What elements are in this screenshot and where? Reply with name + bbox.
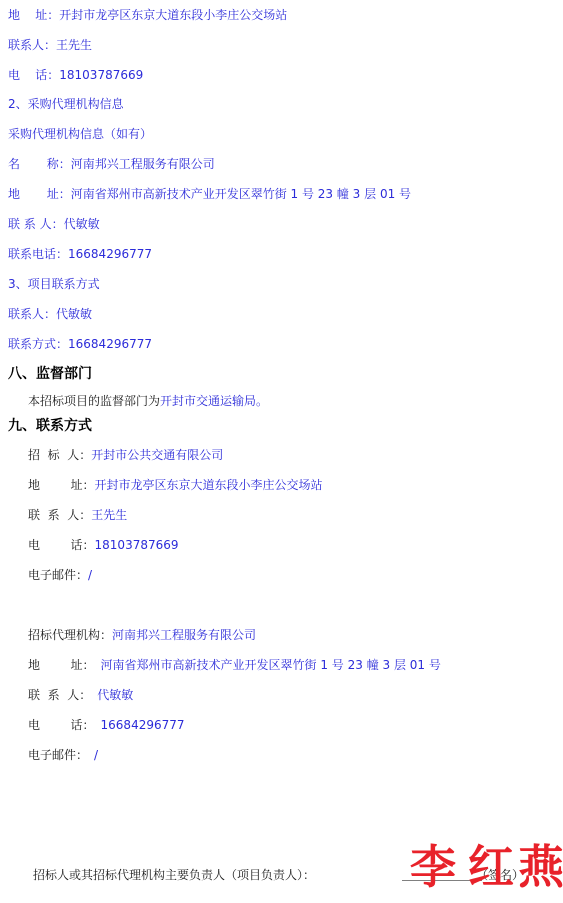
signature-stamp-char-3: 燕 (518, 842, 563, 892)
agency9-email-label: 电子邮件： (28, 748, 88, 762)
project-contact-value: 代敏敏 (56, 307, 92, 321)
agency-address-row: 地 址：河南省郑州市高新技术产业开发区翠竹街 1 号 23 幢 3 层 01 号 (8, 187, 411, 201)
agency9-name-label: 招标代理机构： (28, 628, 112, 642)
purchaser-phone-row: 电 话：18103787669 (8, 68, 143, 82)
section9-heading: 九、联系方式 (8, 418, 92, 434)
project-contact-method-row: 联系方式：16684296777 (8, 337, 152, 351)
signature-stamp-char-1: 李 (410, 842, 456, 892)
agency9-address-value: 河南省郑州市高新技术产业开发区翠竹街 1 号 23 幢 3 层 01 号 (101, 658, 441, 672)
agency-info-subheading: 采购代理机构信息（如有） (8, 127, 152, 141)
purchaser-phone-label: 电 话： (8, 68, 59, 82)
agency-address-value: 河南省郑州市高新技术产业开发区翠竹街 1 号 23 幢 3 层 01 号 (71, 187, 411, 201)
agency9-contact-value: 代敏敏 (97, 688, 133, 702)
project-contact-heading: 3、项目联系方式 (8, 277, 100, 291)
agency-phone-row: 联系电话：16684296777 (8, 247, 152, 261)
agency-contact-value: 代敏敏 (64, 217, 100, 231)
tenderer-email-value: / (88, 568, 92, 582)
section8-text-prefix: 本招标项目的监督部门为 (28, 394, 160, 408)
purchaser-address-value: 开封市龙亭区东京大道东段小李庄公交场站 (59, 8, 287, 22)
purchaser-address-row: 地 址：开封市龙亭区东京大道东段小李庄公交场站 (8, 8, 287, 22)
project-contact-method-value: 16684296777 (68, 337, 152, 351)
section8-text: 本招标项目的监督部门为开封市交通运输局。 (28, 394, 268, 408)
agency9-name-row: 招标代理机构：河南邦兴工程服务有限公司 (28, 628, 256, 642)
agency9-email-value: / (94, 748, 98, 762)
signature-stamp-char-2: 红 (468, 842, 514, 892)
agency-info-heading: 2、采购代理机构信息 (8, 97, 124, 111)
agency-name-row: 名 称：河南邦兴工程服务有限公司 (8, 157, 215, 171)
purchaser-address-label: 地 址： (8, 8, 59, 22)
tenderer-phone-row: 电 话：18103787669 (28, 538, 179, 552)
project-contact-method-label: 联系方式： (8, 337, 68, 351)
agency9-email-row: 电子邮件：/ (28, 748, 98, 762)
project-contact-label: 联系人： (8, 307, 56, 321)
tenderer-email-row: 电子邮件：/ (28, 568, 92, 582)
tenderer-address-value: 开封市龙亭区东京大道东段小李庄公交场站 (95, 478, 323, 492)
tenderer-name-label: 招 标 人： (28, 448, 91, 462)
tenderer-contact-row: 联 系 人：王先生 (28, 508, 127, 522)
agency9-name-value: 河南邦兴工程服务有限公司 (112, 628, 256, 642)
agency-contact-row: 联 系 人：代敏敏 (8, 217, 100, 231)
agency9-phone-row: 电 话：16684296777 (28, 718, 185, 732)
agency-name-label: 名 称： (8, 157, 71, 171)
tenderer-contact-value: 王先生 (91, 508, 127, 522)
agency-contact-label: 联 系 人： (8, 217, 64, 231)
tenderer-name-value: 开封市公共交通有限公司 (91, 448, 223, 462)
agency9-phone-value: 16684296777 (101, 718, 185, 732)
tenderer-address-label: 地 址： (28, 478, 95, 492)
purchaser-contact-label: 联系人： (8, 38, 56, 52)
agency-name-value: 河南邦兴工程服务有限公司 (71, 157, 215, 171)
tenderer-address-row: 地 址：开封市龙亭区东京大道东段小李庄公交场站 (28, 478, 323, 492)
section8-supervisor-value: 开封市交通运输局。 (160, 394, 268, 408)
section8-heading: 八、监督部门 (8, 366, 92, 382)
tenderer-contact-label: 联 系 人： (28, 508, 91, 522)
agency9-contact-label: 联 系 人： (28, 688, 91, 702)
agency-phone-value: 16684296777 (68, 247, 152, 261)
tenderer-phone-value: 18103787669 (95, 538, 179, 552)
purchaser-phone-value: 18103787669 (59, 68, 143, 82)
signature-label: 招标人或其招标代理机构主要负责人（项目负责人）： (33, 868, 315, 882)
agency9-contact-row: 联 系 人：代敏敏 (28, 688, 133, 702)
project-contact-row: 联系人：代敏敏 (8, 307, 92, 321)
agency9-address-row: 地 址：河南省郑州市高新技术产业开发区翠竹街 1 号 23 幢 3 层 01 号 (28, 658, 441, 672)
tenderer-name-row: 招 标 人：开封市公共交通有限公司 (28, 448, 223, 462)
agency9-address-label: 地 址： (28, 658, 95, 672)
tenderer-email-label: 电子邮件： (28, 568, 88, 582)
tenderer-phone-label: 电 话： (28, 538, 95, 552)
agency-address-label: 地 址： (8, 187, 71, 201)
agency-phone-label: 联系电话： (8, 247, 68, 261)
purchaser-contact-row: 联系人：王先生 (8, 38, 92, 52)
agency9-phone-label: 电 话： (28, 718, 95, 732)
purchaser-contact-value: 王先生 (56, 38, 92, 52)
